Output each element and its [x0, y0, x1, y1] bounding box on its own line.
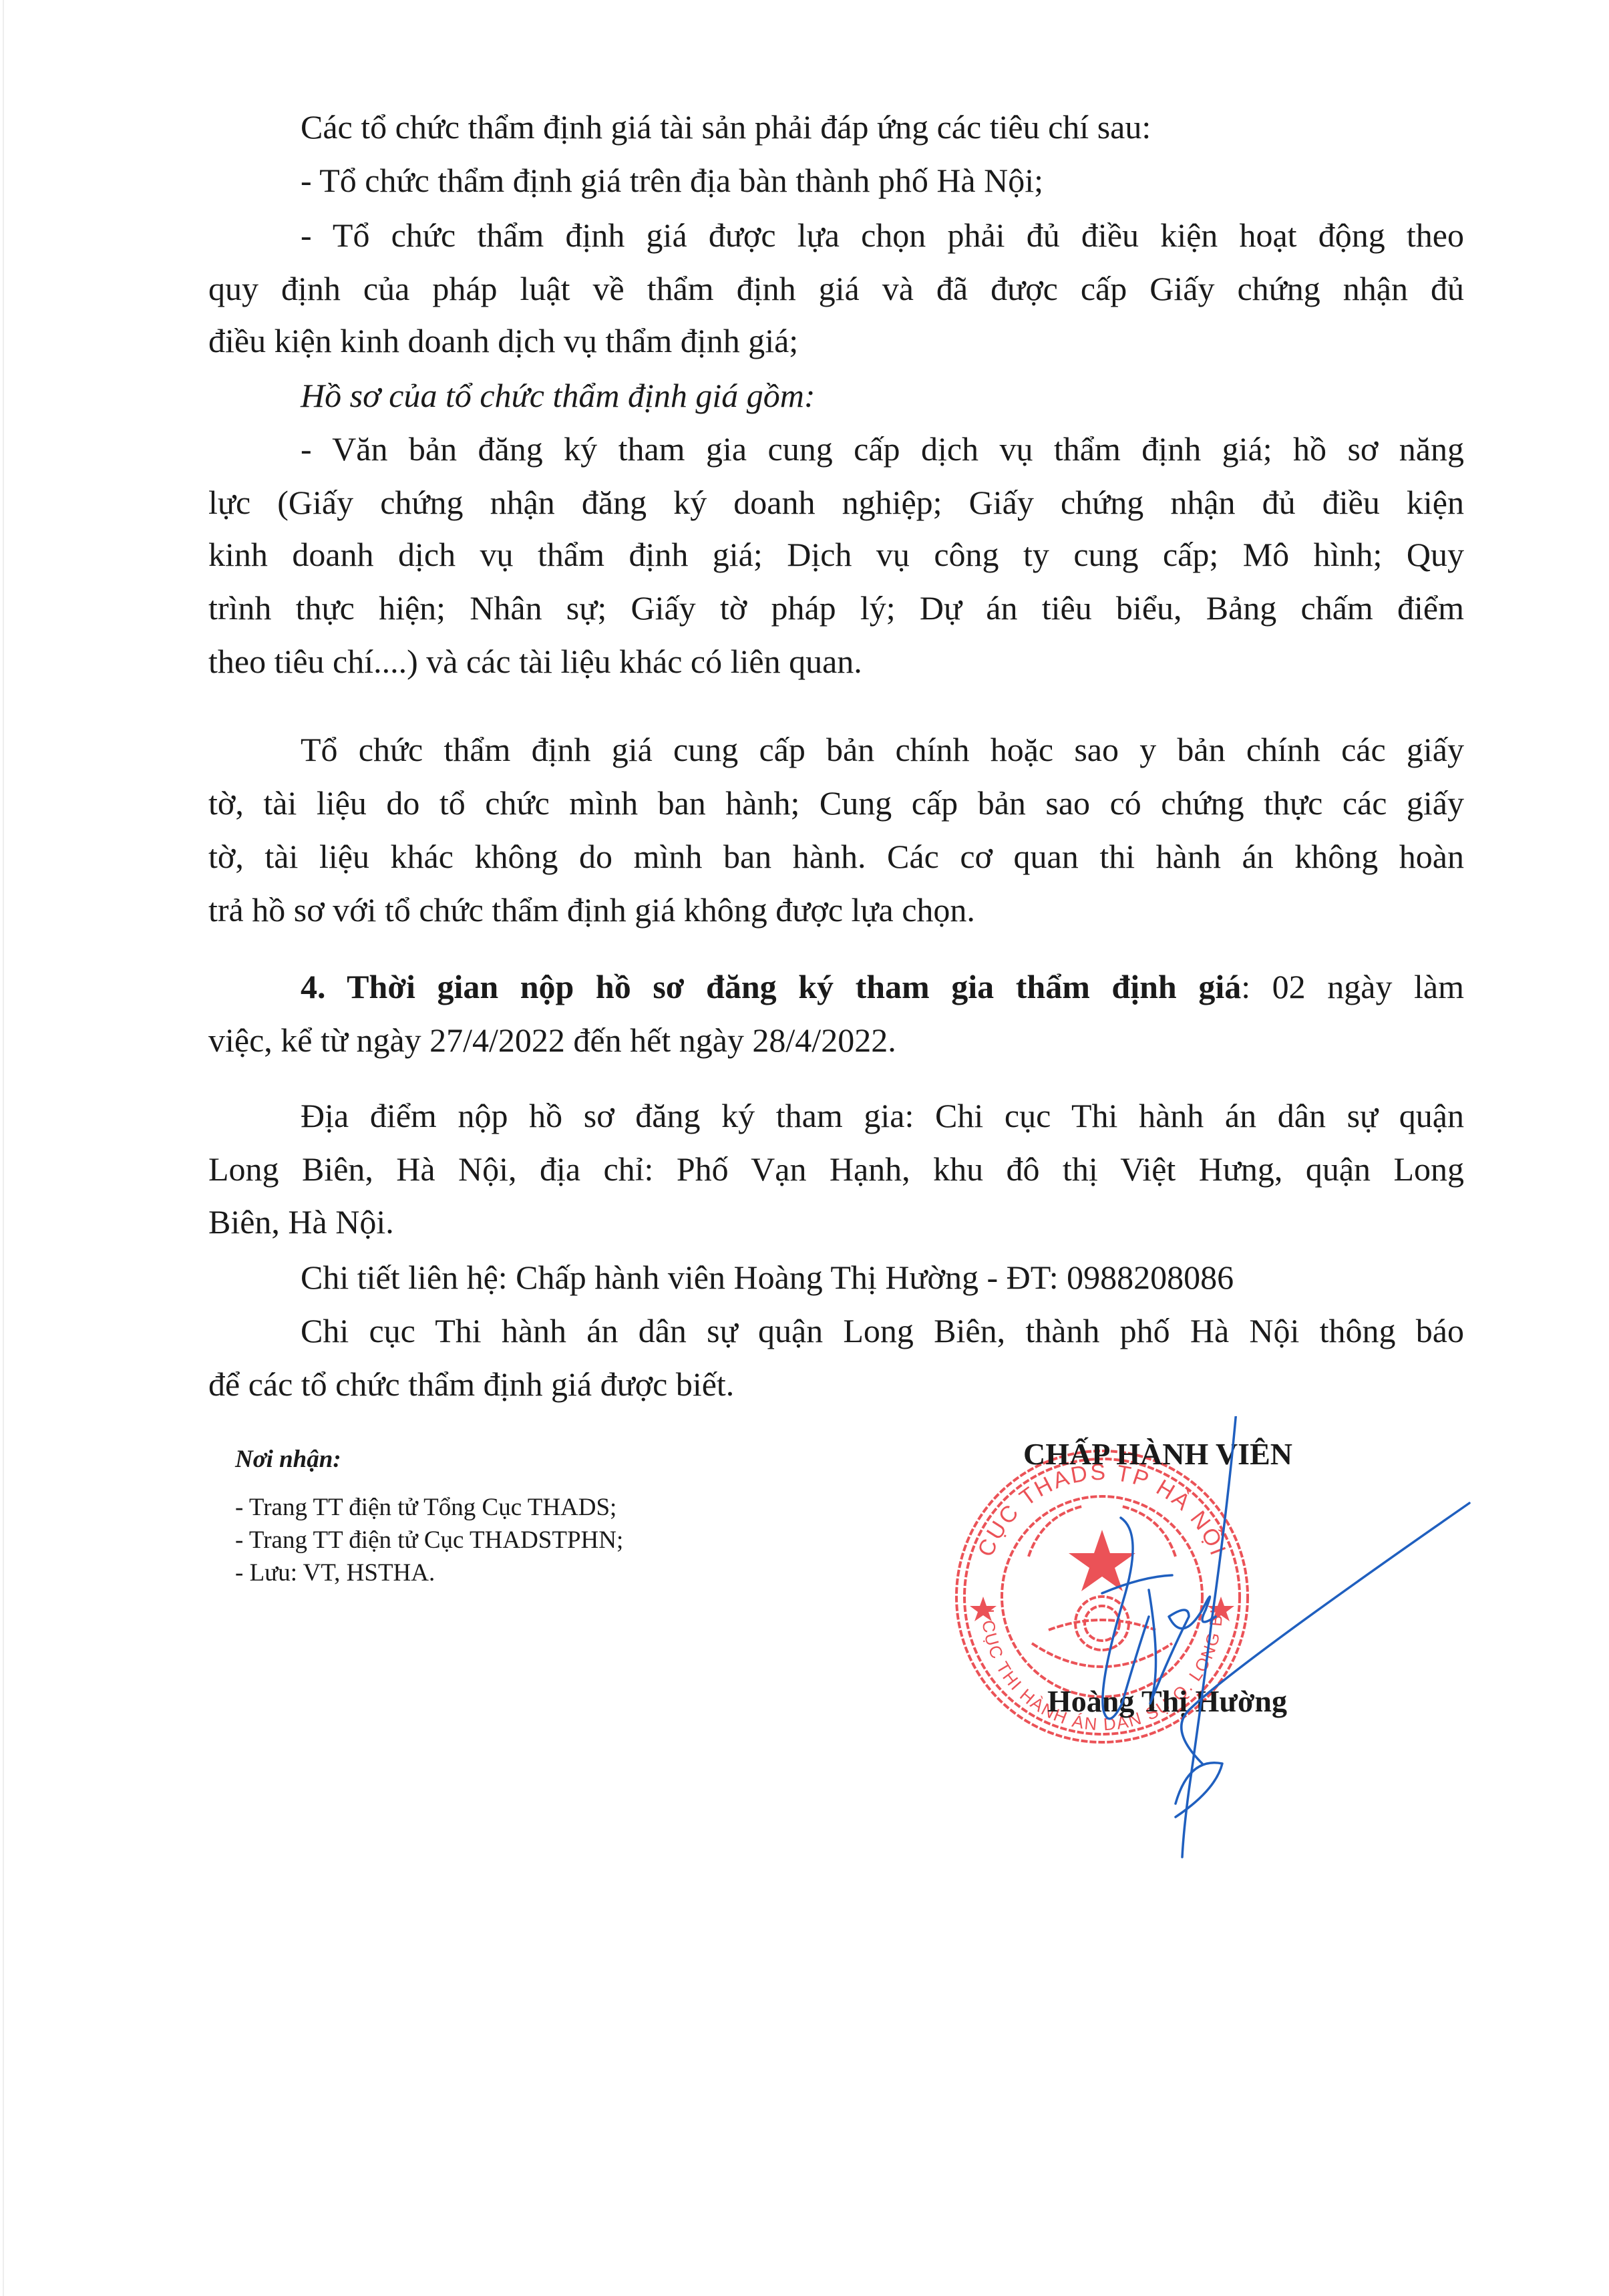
recipients-block: Nơi nhận: - Trang TT điện tử Tổng Cục TH… — [235, 1443, 623, 1589]
recipients-list: - Trang TT điện tử Tổng Cục THADS; - Tra… — [235, 1491, 623, 1589]
dossier-item: - Văn bản đăng ký tham gia cung cấp dịch… — [301, 428, 1464, 470]
criteria-item: - Tổ chức thẩm định giá trên địa bàn thà… — [301, 159, 1464, 202]
recipient-item: - Trang TT điện tử Cục THADSTPHN; — [235, 1524, 623, 1556]
dossier-item-cont: lực (Giấy chứng nhận đăng ký doanh nghiệ… — [208, 481, 1464, 524]
dossier-heading: Hồ sơ của tổ chức thẩm định giá gồm: — [301, 374, 1464, 417]
scan-edge — [3, 0, 4, 2296]
dossier-item-cont: theo tiêu chí....) và các tài liệu khác … — [208, 640, 1464, 683]
dossier-note: Tổ chức thẩm định giá cung cấp bản chính… — [301, 728, 1464, 771]
document-page: Các tổ chức thẩm định giá tài sản phải đ… — [0, 0, 1609, 2296]
closing-statement: Chi cục Thi hành án dân sự quận Long Biê… — [301, 1309, 1464, 1352]
closing-statement-cont: để các tổ chức thẩm định giá được biết. — [208, 1363, 1464, 1406]
recipients-title: Nơi nhận: — [235, 1443, 623, 1476]
dossier-note-cont: tờ, tài liệu do tổ chức mình ban hành; C… — [208, 782, 1464, 824]
criteria-intro: Các tổ chức thẩm định giá tài sản phải đ… — [301, 106, 1464, 148]
section-4-dates: việc, kể từ ngày 27/4/2022 đến hết ngày … — [208, 1019, 1464, 1061]
section-4-duration: : 02 ngày làm — [1241, 968, 1464, 1005]
section-4-heading: 4. Thời gian nộp hồ sơ đăng ký tham gia … — [301, 968, 1241, 1005]
dossier-note-cont: tờ, tài liệu khác không do mình ban hành… — [208, 835, 1464, 878]
contact-details: Chi tiết liên hệ: Chấp hành viên Hoàng T… — [301, 1256, 1464, 1299]
dossier-note-cont: trả hồ sơ với tổ chức thẩm định giá khôn… — [208, 888, 1464, 931]
signature-block: CHẤP HÀNH VIÊN — [948, 1423, 1496, 1797]
section-4-heading-line: 4. Thời gian nộp hồ sơ đăng ký tham gia … — [301, 965, 1464, 1008]
criteria-item-cont: điều kiện kinh doanh dịch vụ thẩm định g… — [208, 319, 1464, 362]
recipient-item: - Lưu: VT, HSTHA. — [235, 1556, 623, 1589]
recipient-item: - Trang TT điện tử Tổng Cục THADS; — [235, 1491, 623, 1524]
submission-location: Địa điểm nộp hồ sơ đăng ký tham gia: Chi… — [301, 1094, 1464, 1137]
criteria-item: - Tổ chức thẩm định giá được lựa chọn ph… — [301, 214, 1464, 257]
dossier-item-cont: kinh doanh dịch vụ thẩm định giá; Dịch v… — [208, 533, 1464, 576]
submission-location-cont: Biên, Hà Nội. — [208, 1200, 1464, 1243]
handwritten-signature-icon — [948, 1416, 1496, 1964]
submission-location-cont: Long Biên, Hà Nội, địa chỉ: Phố Vạn Hạnh… — [208, 1148, 1464, 1190]
criteria-item-cont: quy định của pháp luật về thẩm định giá … — [208, 267, 1464, 310]
dossier-item-cont: trình thực hiện; Nhân sự; Giấy tờ pháp l… — [208, 587, 1464, 629]
